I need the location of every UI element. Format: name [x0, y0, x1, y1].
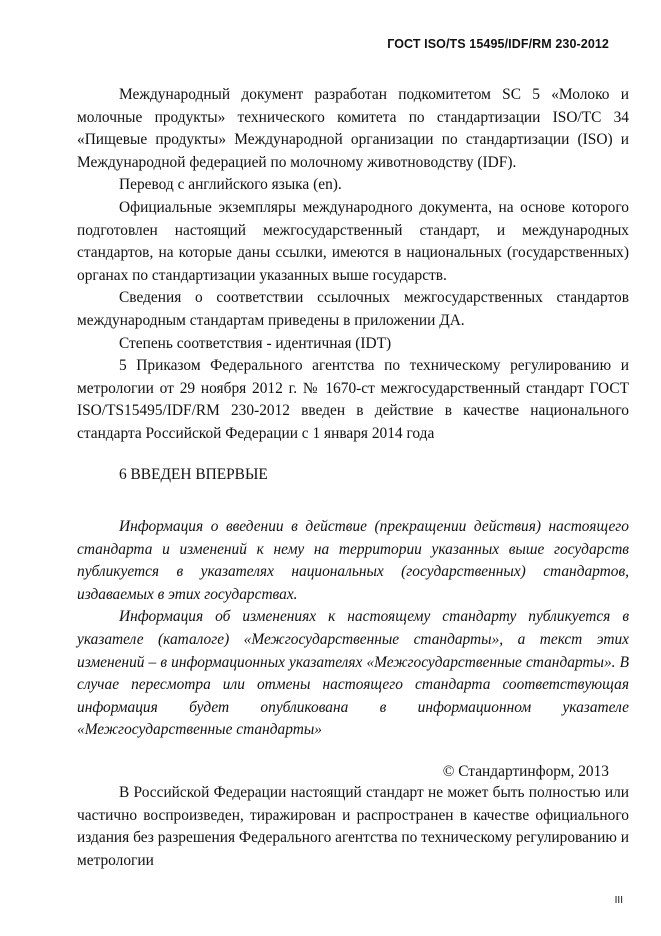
- section-6-heading: 6 ВВЕДЕН ВПЕРВЫЕ: [77, 464, 629, 487]
- page-number: III: [615, 895, 623, 906]
- paragraph-conformity-degree: Степень соответствия - идентичная (IDT): [77, 333, 629, 356]
- paragraph-conformity-info: Сведения о соответствии ссылочных межгос…: [77, 287, 629, 332]
- paragraph-translation: Перевод с английского языка (en).: [77, 174, 629, 197]
- publication-info-block: Информация о введении в действие (прекра…: [77, 516, 629, 742]
- rights-notice: В Российской Федерации настоящий стандар…: [77, 782, 629, 872]
- document-code-header: ГОСТ ISO/TS 15495/IDF/RM 230-2012: [387, 37, 609, 51]
- italic-paragraph-publication: Информация о введении в действие (прекра…: [77, 516, 629, 606]
- document-body: Международный документ разработан подком…: [77, 84, 629, 742]
- paragraph-origin: Международный документ разработан подком…: [77, 84, 629, 174]
- rights-notice-block: В Российской Федерации настоящий стандар…: [77, 782, 629, 872]
- paragraph-order-5: 5 Приказом Федерального агентства по тех…: [77, 355, 629, 445]
- paragraph-official-copies: Официальные экземпляры международного до…: [77, 197, 629, 287]
- italic-paragraph-amendments: Информация об изменениях к настоящему ст…: [77, 606, 629, 742]
- copyright-notice: © Стандартинформ, 2013: [443, 763, 609, 781]
